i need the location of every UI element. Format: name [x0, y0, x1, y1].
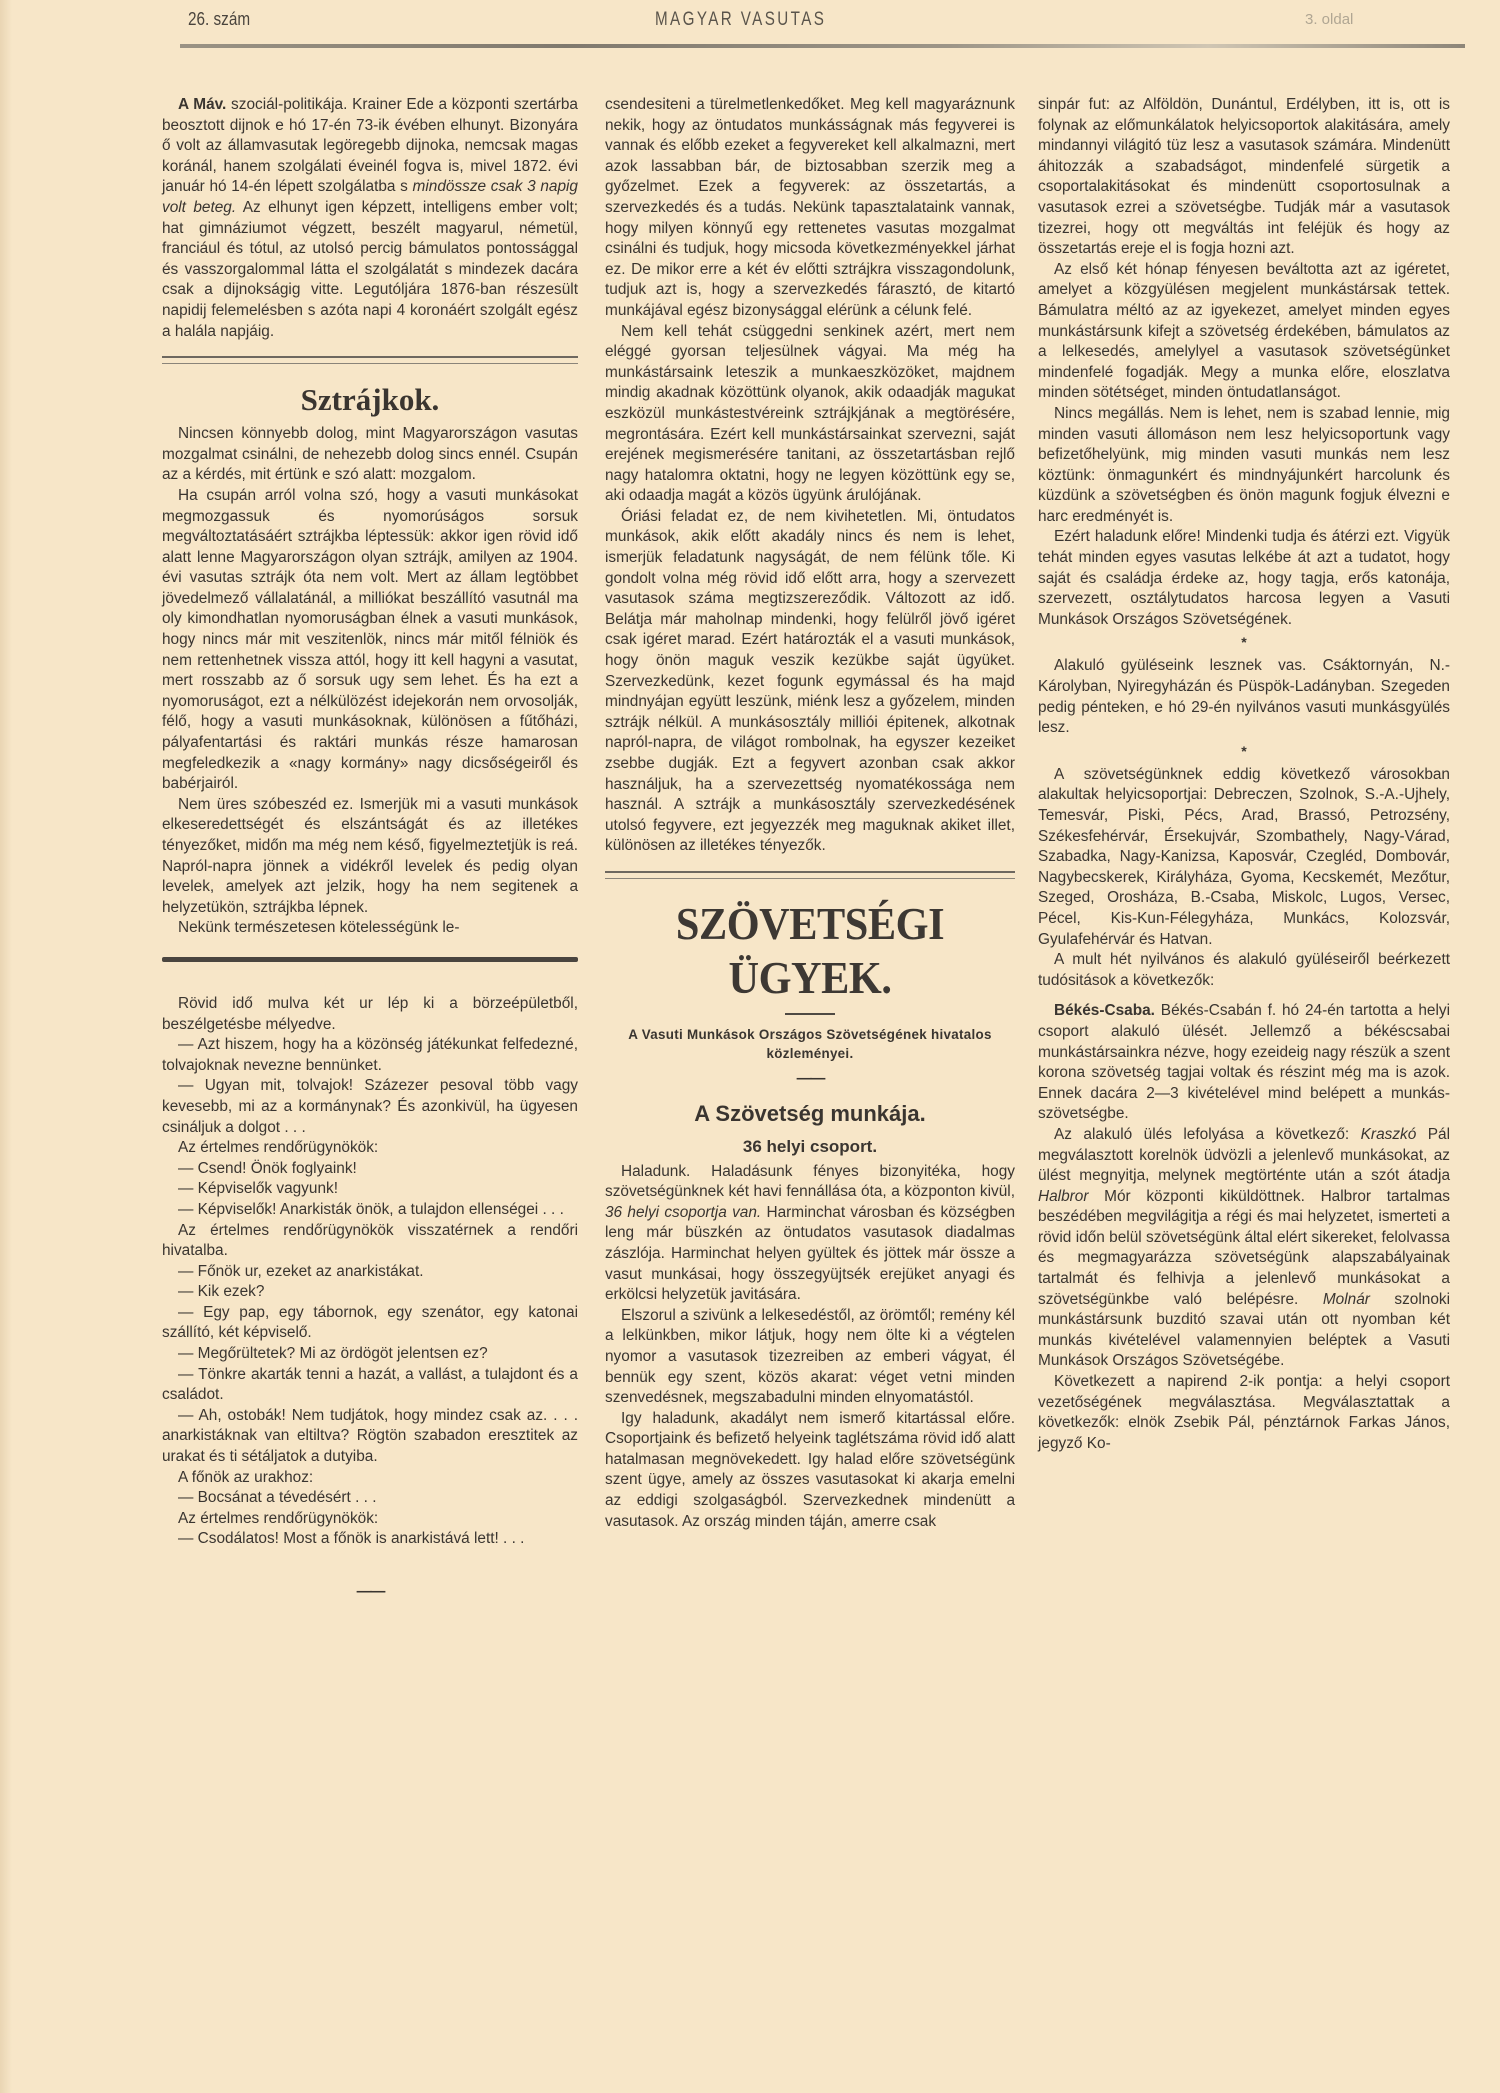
text: Mór központi kiküldöttnek. Halbror tarta…: [1038, 1188, 1450, 1308]
dialog-line: — Ugyan mit, tolvajok! Százezer pesoval …: [162, 1076, 578, 1138]
report-lead: Békés-Csaba.: [1054, 1002, 1155, 1019]
paragraph: Nekünk természetesen kötelességünk le-: [162, 918, 578, 939]
section-divider: [162, 356, 578, 364]
dialog-line: — Ah, ostobák! Nem tudjátok, hogy mindez…: [162, 1406, 578, 1468]
page-number: 3. oldal: [1305, 11, 1353, 28]
dialog-line: — Egy pap, egy tábornok, egy szenátor, e…: [162, 1303, 578, 1344]
paragraph: Nem üres szóbeszéd ez. Ismerjük mi a vas…: [162, 795, 578, 919]
heading-rule: [785, 1013, 835, 1015]
paragraph: Következett a napirend 2-ik pontja: a he…: [1038, 1372, 1450, 1454]
dialog-line: — Bocsánat a tévedésért . . .: [162, 1488, 578, 1509]
section-divider: [162, 957, 578, 962]
paragraph: Elszorul a szivünk a lelkesedéstől, az ö…: [605, 1306, 1015, 1409]
dialog-line: — Csodálatos! Most a főnök is anarkistáv…: [162, 1529, 578, 1550]
anecdote: Rövid idő mulva két ur lép ki a börzeépü…: [162, 994, 578, 1603]
column-left: A Máv. szociál-politikája. Krainer Ede a…: [162, 95, 578, 1603]
text: Békés-Csabán f. hó 24-én tartotta a hely…: [1038, 1002, 1450, 1122]
text: Haladunk. Haladásunk fényes bizonyitéka,…: [605, 1163, 1015, 1201]
dialog-line: Rövid idő mulva két ur lép ki a börzeépü…: [162, 994, 578, 1035]
dialog-line: Az értelmes rendőrügynökök:: [162, 1509, 578, 1530]
paragraph: Ezért haladunk előre! Mindenki tudja és …: [1038, 527, 1450, 630]
emphasis: 36 helyi csoportja van.: [605, 1204, 761, 1221]
text: Az alakuló ülés lefolyása a következő:: [1054, 1126, 1361, 1143]
masthead: 26. szám MAGYAR VASUTAS 3. oldal: [180, 6, 1500, 86]
dialog-line: Az értelmes rendőrügynökök visszatérnek …: [162, 1221, 578, 1262]
dialog-line: — Kik ezek?: [162, 1282, 578, 1303]
article-text: Az elhunyt igen képzett, intelligens emb…: [162, 199, 578, 340]
paragraph: Az első két hónap fényesen beváltotta az…: [1038, 260, 1450, 404]
dialog-line: — Főnök ur, ezeket az anarkistákat.: [162, 1262, 578, 1283]
paragraph: Az alakuló ülés lefolyása a következő: K…: [1038, 1125, 1450, 1372]
report-bekescsaba: Békés-Csaba. Békés-Csabán f. hó 24-én ta…: [1038, 1001, 1450, 1125]
section-heading: SZÖVETSÉGI ÜGYEK.: [621, 897, 998, 1005]
article-title: A Szövetség munkája.: [605, 1100, 1015, 1128]
paragraph: A szövetségünknek eddig következő városo…: [1038, 765, 1450, 950]
dialog-line: — Csend! Önök foglyaink!: [162, 1159, 578, 1180]
paragraph: Ha csupán arról volna szó, hogy a vasuti…: [162, 486, 578, 795]
column-right: sinpár fut: az Alföldön, Dunántul, Erdél…: [1038, 95, 1450, 1454]
paragraph: Nincsen könnyebb dolog, mint Magyarorszá…: [162, 424, 578, 486]
header-rule: [180, 44, 1465, 48]
person-name: Halbror: [1038, 1188, 1088, 1205]
asterisk-divider: *: [1038, 634, 1450, 650]
person-name: Kraszkó: [1361, 1126, 1417, 1143]
dialog-line: — Tönkre akarták tenni a hazát, a vallás…: [162, 1365, 578, 1406]
article-subtitle: 36 helyi csoport.: [605, 1136, 1015, 1158]
article-lead: A Máv.: [178, 96, 226, 113]
paragraph: csendesiteni a türelmetlenkedőket. Meg k…: [605, 95, 1015, 322]
dialog-line: — Képviselők vagyunk!: [162, 1179, 578, 1200]
strikes-heading: Sztrájkok.: [162, 382, 578, 418]
paragraph: A mult hét nyilvános és alakuló gyülései…: [1038, 950, 1450, 991]
paragraph: Igy haladunk, akadályt nem ismerő kitart…: [605, 1409, 1015, 1533]
newspaper-title: MAGYAR VASUTAS: [655, 9, 826, 31]
section-subtitle: A Vasuti Munkások Országos Szövetségének…: [605, 1025, 1015, 1063]
column-middle: csendesiteni a türelmetlenkedőket. Meg k…: [605, 95, 1015, 1532]
paragraph: Nincs megállás. Nem is lehet, nem is sza…: [1038, 404, 1450, 528]
paragraph: Alakuló gyüléseink lesznek vas. Csáktorn…: [1038, 656, 1450, 738]
paragraph: Haladunk. Haladásunk fényes bizonyitéka,…: [605, 1162, 1015, 1306]
dialog-line: — Megőrültetek? Mi az ördögöt jelentsen …: [162, 1344, 578, 1365]
paragraph: Óriási feladat ez, de nem kivihetetlen. …: [605, 507, 1015, 857]
section-divider: [605, 871, 1015, 879]
issue-number: 26. szám: [188, 9, 250, 30]
paragraph: Nem kell tehát csüggedni senkinek azért,…: [605, 322, 1015, 507]
person-name: Molnár: [1323, 1291, 1370, 1308]
asterisk-divider: *: [1038, 743, 1450, 759]
dialog-line: — Képviselők! Anarkisták önök, a tulajdo…: [162, 1200, 578, 1221]
end-mark: ——: [162, 1582, 578, 1603]
article-mav: A Máv. szociál-politikája. Krainer Ede a…: [162, 95, 578, 342]
dialog-line: A főnök az urakhoz:: [162, 1468, 578, 1489]
paragraph: sinpár fut: az Alföldön, Dunántul, Erdél…: [1038, 95, 1450, 260]
dialog-line: — Azt hiszem, hogy ha a közönség játékun…: [162, 1035, 578, 1076]
divider-dash: ——: [605, 1069, 1015, 1090]
dialog-line: Az értelmes rendőrügynökök:: [162, 1138, 578, 1159]
page-edge: [0, 0, 12, 2093]
